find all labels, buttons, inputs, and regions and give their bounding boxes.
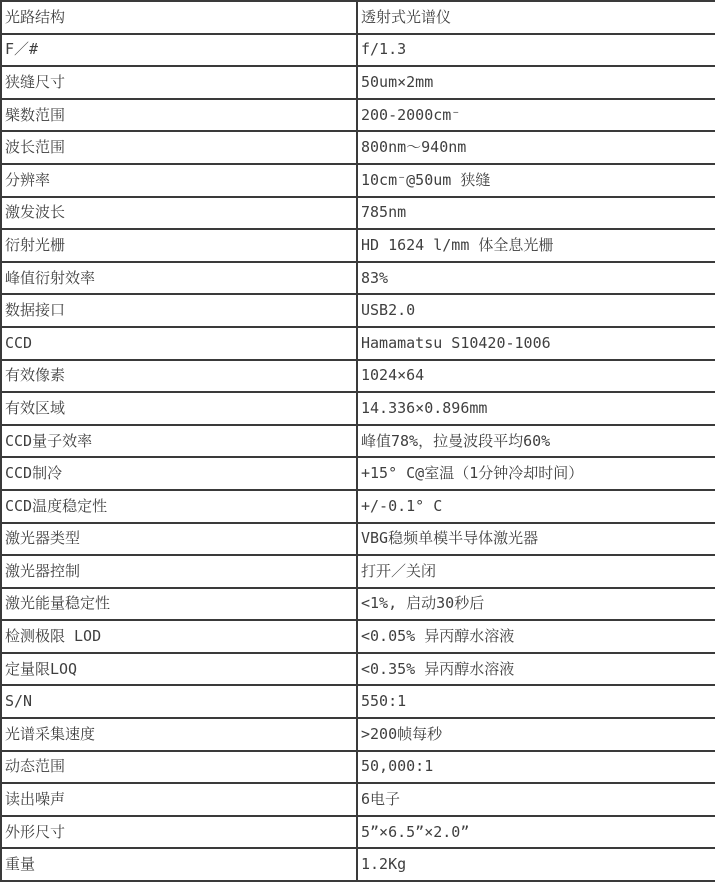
- spec-value-cell: 800nm～940nm: [357, 131, 715, 164]
- spec-label-cell: 光路结构: [1, 1, 357, 34]
- spec-label-cell: 有效区域: [1, 392, 357, 425]
- spec-label-cell: 重量: [1, 848, 357, 881]
- spec-label-cell: 数据接口: [1, 294, 357, 327]
- table-row: 检测极限 LOD<0.05% 异丙醇水溶液: [1, 620, 715, 653]
- spec-label-cell: CCD量子效率: [1, 425, 357, 458]
- spec-label-cell: CCD制冷: [1, 457, 357, 490]
- table-row: S/N550:1: [1, 685, 715, 718]
- spec-label-cell: 动态范围: [1, 751, 357, 784]
- table-row: 读出噪声6电子: [1, 783, 715, 816]
- table-row: 峰值衍射效率83%: [1, 262, 715, 295]
- spec-value-cell: +15° C@室温（1分钟冷却时间）: [357, 457, 715, 490]
- spec-label-cell: 峰值衍射效率: [1, 262, 357, 295]
- table-row: 外形尺寸5”×6.5”×2.0”: [1, 816, 715, 849]
- spec-value-cell: <0.35% 异丙醇水溶液: [357, 653, 715, 686]
- spec-value-cell: 550:1: [357, 685, 715, 718]
- spec-value-cell: f/1.3: [357, 34, 715, 67]
- spec-table: 光路结构透射式光谱仪F／#f/1.3狭缝尺寸50um×2mm檗数范围200-20…: [0, 0, 715, 882]
- spec-label-cell: 檗数范围: [1, 99, 357, 132]
- table-row: 重量1.2Kg: [1, 848, 715, 881]
- table-row: 激发波长785nm: [1, 197, 715, 230]
- spec-label-cell: 狭缝尺寸: [1, 66, 357, 99]
- spec-label-cell: 有效像素: [1, 360, 357, 393]
- spec-label-cell: 激发波长: [1, 197, 357, 230]
- spec-label-cell: 光谱采集速度: [1, 718, 357, 751]
- spec-label-cell: F／#: [1, 34, 357, 67]
- spec-value-cell: 打开／关闭: [357, 555, 715, 588]
- spec-value-cell: 83%: [357, 262, 715, 295]
- spec-value-cell: USB2.0: [357, 294, 715, 327]
- spec-value-cell: 1.2Kg: [357, 848, 715, 881]
- table-row: 光路结构透射式光谱仪: [1, 1, 715, 34]
- table-row: 激光器类型VBG稳频单模半导体激光器: [1, 523, 715, 556]
- table-row: 定量限LOQ<0.35% 异丙醇水溶液: [1, 653, 715, 686]
- table-row: CCD制冷+15° C@室温（1分钟冷却时间）: [1, 457, 715, 490]
- spec-value-cell: <0.05% 异丙醇水溶液: [357, 620, 715, 653]
- spec-value-cell: 50,000:1: [357, 751, 715, 784]
- spec-value-cell: +/-0.1° C: [357, 490, 715, 523]
- spec-label-cell: 读出噪声: [1, 783, 357, 816]
- spec-label-cell: 波长范围: [1, 131, 357, 164]
- spec-value-cell: >200帧每秒: [357, 718, 715, 751]
- spec-label-cell: 激光器控制: [1, 555, 357, 588]
- spec-label-cell: 激光器类型: [1, 523, 357, 556]
- spec-value-cell: 10cm⁻@50um 狭缝: [357, 164, 715, 197]
- spec-value-cell: 14.336×0.896mm: [357, 392, 715, 425]
- spec-value-cell: 200-2000cm⁻: [357, 99, 715, 132]
- spec-value-cell: 50um×2mm: [357, 66, 715, 99]
- table-row: 动态范围50,000:1: [1, 751, 715, 784]
- spec-label-cell: 检测极限 LOD: [1, 620, 357, 653]
- spec-value-cell: 1024×64: [357, 360, 715, 393]
- spec-value-cell: VBG稳频单模半导体激光器: [357, 523, 715, 556]
- spec-value-cell: 6电子: [357, 783, 715, 816]
- table-row: 狭缝尺寸50um×2mm: [1, 66, 715, 99]
- spec-label-cell: S/N: [1, 685, 357, 718]
- table-row: 波长范围800nm～940nm: [1, 131, 715, 164]
- spec-table-body: 光路结构透射式光谱仪F／#f/1.3狭缝尺寸50um×2mm檗数范围200-20…: [1, 1, 715, 881]
- table-row: CCDHamamatsu S10420-1006: [1, 327, 715, 360]
- table-row: 激光能量稳定性<1%, 启动30秒后: [1, 588, 715, 621]
- table-row: 衍射光栅HD 1624 l/mm 体全息光栅: [1, 229, 715, 262]
- spec-value-cell: <1%, 启动30秒后: [357, 588, 715, 621]
- spec-label-cell: CCD温度稳定性: [1, 490, 357, 523]
- table-row: 激光器控制打开／关闭: [1, 555, 715, 588]
- table-row: 有效区域14.336×0.896mm: [1, 392, 715, 425]
- spec-label-cell: CCD: [1, 327, 357, 360]
- table-row: 光谱采集速度>200帧每秒: [1, 718, 715, 751]
- spec-value-cell: 5”×6.5”×2.0”: [357, 816, 715, 849]
- table-row: CCD量子效率峰值78%，拉曼波段平均60%: [1, 425, 715, 458]
- table-row: 数据接口USB2.0: [1, 294, 715, 327]
- spec-label-cell: 定量限LOQ: [1, 653, 357, 686]
- spec-label-cell: 激光能量稳定性: [1, 588, 357, 621]
- table-row: 有效像素1024×64: [1, 360, 715, 393]
- table-row: 分辨率10cm⁻@50um 狭缝: [1, 164, 715, 197]
- table-row: F／#f/1.3: [1, 34, 715, 67]
- specification-page: 光路结构透射式光谱仪F／#f/1.3狭缝尺寸50um×2mm檗数范围200-20…: [0, 0, 715, 883]
- spec-value-cell: 785nm: [357, 197, 715, 230]
- spec-label-cell: 外形尺寸: [1, 816, 357, 849]
- spec-label-cell: 衍射光栅: [1, 229, 357, 262]
- spec-value-cell: HD 1624 l/mm 体全息光栅: [357, 229, 715, 262]
- spec-label-cell: 分辨率: [1, 164, 357, 197]
- spec-value-cell: 峰值78%，拉曼波段平均60%: [357, 425, 715, 458]
- spec-value-cell: Hamamatsu S10420-1006: [357, 327, 715, 360]
- table-row: 檗数范围200-2000cm⁻: [1, 99, 715, 132]
- spec-value-cell: 透射式光谱仪: [357, 1, 715, 34]
- table-row: CCD温度稳定性+/-0.1° C: [1, 490, 715, 523]
